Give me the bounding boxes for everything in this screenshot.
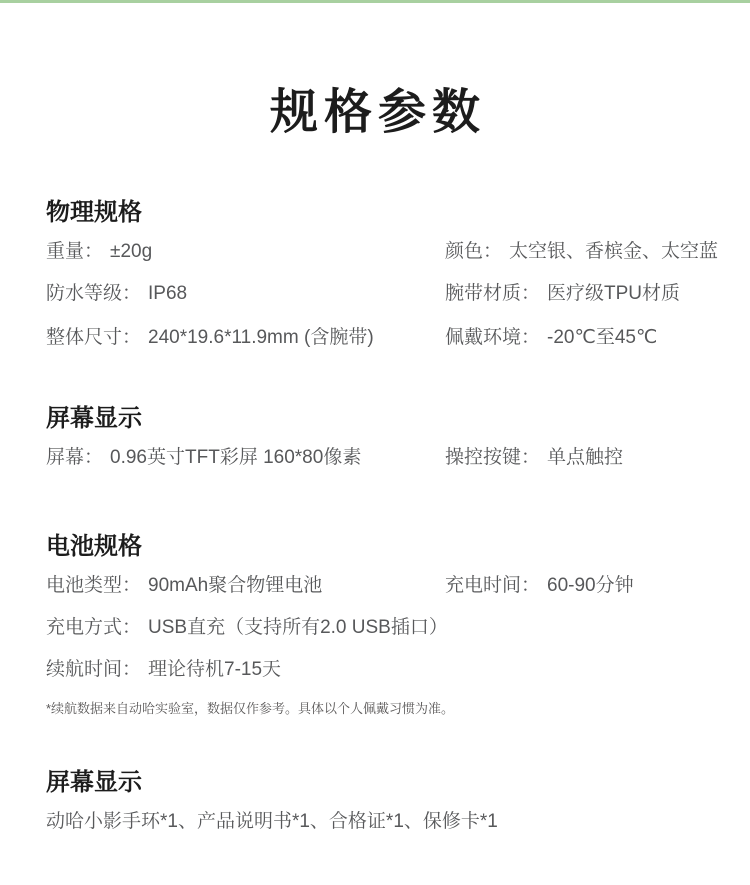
- spec-row: 电池类型：90mAh聚合物锂电池 充电方式：充电时间：60-90分钟: [46, 575, 730, 596]
- spec-pair-color: 颜色：太空银、香槟金、太空蓝: [445, 241, 718, 262]
- spec-label: 充电时间：: [445, 575, 540, 596]
- section-heading: 屏幕显示: [46, 768, 730, 797]
- spec-pair-strap-material: 腕带材质：医疗级TPU材质: [445, 283, 680, 304]
- spec-row: 防水等级：IP68 腕带材质：医疗级TPU材质: [46, 283, 730, 304]
- spec-label: 屏幕：: [46, 447, 103, 468]
- spec-label: 腕带材质：: [445, 283, 540, 304]
- spec-pair-waterproof: 防水等级：IP68: [46, 283, 445, 304]
- spec-pair-battery-life: 续航时间：理论待机7-15天: [46, 659, 281, 680]
- spec-label: 重量：: [46, 241, 103, 262]
- spec-label: 颜色：: [445, 241, 502, 262]
- section-heading: 屏幕显示: [46, 404, 730, 433]
- spec-value: ±20g: [110, 241, 152, 262]
- packing-list-items: 动哈小影手环*1、产品说明书*1、合格证*1、保修卡*1: [46, 811, 730, 832]
- spec-content: 物理规格 重量：±20g 颜色：太空银、香槟金、太空蓝 防水等级：IP68 腕带…: [0, 198, 750, 832]
- spec-page: 规格参数 物理规格 重量：±20g 颜色：太空银、香槟金、太空蓝 防水等级：IP…: [0, 0, 750, 885]
- spec-value: 医疗级TPU材质: [547, 283, 680, 304]
- spec-label: 操控按键：: [445, 447, 540, 468]
- spec-row: 屏幕：0.96英寸TFT彩屏 160*80像素 操控按键：单点触控: [46, 447, 730, 468]
- section-screen-display: 屏幕显示 屏幕：0.96英寸TFT彩屏 160*80像素 操控按键：单点触控: [46, 404, 730, 468]
- section-heading: 物理规格: [46, 198, 730, 227]
- page-title: 规格参数: [0, 88, 750, 138]
- spec-value: 单点触控: [547, 447, 623, 468]
- spec-value: 60-90分钟: [547, 575, 634, 596]
- spec-row: 重量：±20g 颜色：太空银、香槟金、太空蓝: [46, 241, 730, 262]
- section-physical-specs: 物理规格 重量：±20g 颜色：太空银、香槟金、太空蓝 防水等级：IP68 腕带…: [46, 198, 730, 348]
- spec-pair-wearing-environment: 佩戴环境：-20℃至45℃: [445, 327, 657, 348]
- spec-row: 续航时间：理论待机7-15天: [46, 659, 730, 680]
- spec-value: 240*19.6*11.9mm (含腕带): [148, 327, 374, 348]
- spec-value: 0.96英寸TFT彩屏 160*80像素: [110, 447, 361, 468]
- spec-label: 续航时间：: [46, 659, 141, 680]
- spec-label: 整体尺寸：: [46, 327, 141, 348]
- spec-row: 充电方式：USB直充（支持所有2.0 USB插口）: [46, 617, 730, 638]
- spec-value: IP68: [148, 283, 187, 304]
- spec-row: 整体尺寸：240*19.6*11.9mm (含腕带) 佩戴环境：-20℃至45℃: [46, 327, 730, 348]
- spec-label: 充电方式：: [46, 617, 141, 638]
- spec-value: 理论待机7-15天: [148, 659, 281, 680]
- spec-value: -20℃至45℃: [547, 327, 657, 348]
- spec-pair-charging-method: 充电方式：USB直充（支持所有2.0 USB插口）: [46, 617, 448, 638]
- spec-label: 防水等级：: [46, 283, 141, 304]
- spec-value: USB直充（支持所有2.0 USB插口）: [148, 617, 448, 638]
- section-packing-list: 屏幕显示 动哈小影手环*1、产品说明书*1、合格证*1、保修卡*1: [46, 768, 730, 832]
- spec-value: 太空银、香槟金、太空蓝: [509, 241, 718, 262]
- spec-pair-battery-type: 电池类型：90mAh聚合物锂电池: [46, 575, 445, 596]
- battery-footnote: *续航数据来自动哈实验室，数据仅作参考。具体以个人佩戴习惯为准。: [46, 701, 730, 716]
- section-heading: 电池规格: [46, 532, 730, 561]
- spec-pair-control-button: 操控按键：单点触控: [445, 447, 623, 468]
- spec-pair-screen: 屏幕：0.96英寸TFT彩屏 160*80像素: [46, 447, 445, 468]
- spec-pair-dimensions: 整体尺寸：240*19.6*11.9mm (含腕带): [46, 327, 445, 348]
- spec-label: 佩戴环境：: [445, 327, 540, 348]
- spec-value: 90mAh聚合物锂电池: [148, 575, 322, 596]
- spec-pair-charging-time: 充电方式：充电时间：60-90分钟: [445, 575, 634, 596]
- top-accent-strip: [0, 0, 750, 3]
- spec-pair-weight: 重量：±20g: [46, 241, 445, 262]
- spec-label: 电池类型：: [46, 575, 141, 596]
- section-battery-specs: 电池规格 电池类型：90mAh聚合物锂电池 充电方式：充电时间：60-90分钟 …: [46, 532, 730, 716]
